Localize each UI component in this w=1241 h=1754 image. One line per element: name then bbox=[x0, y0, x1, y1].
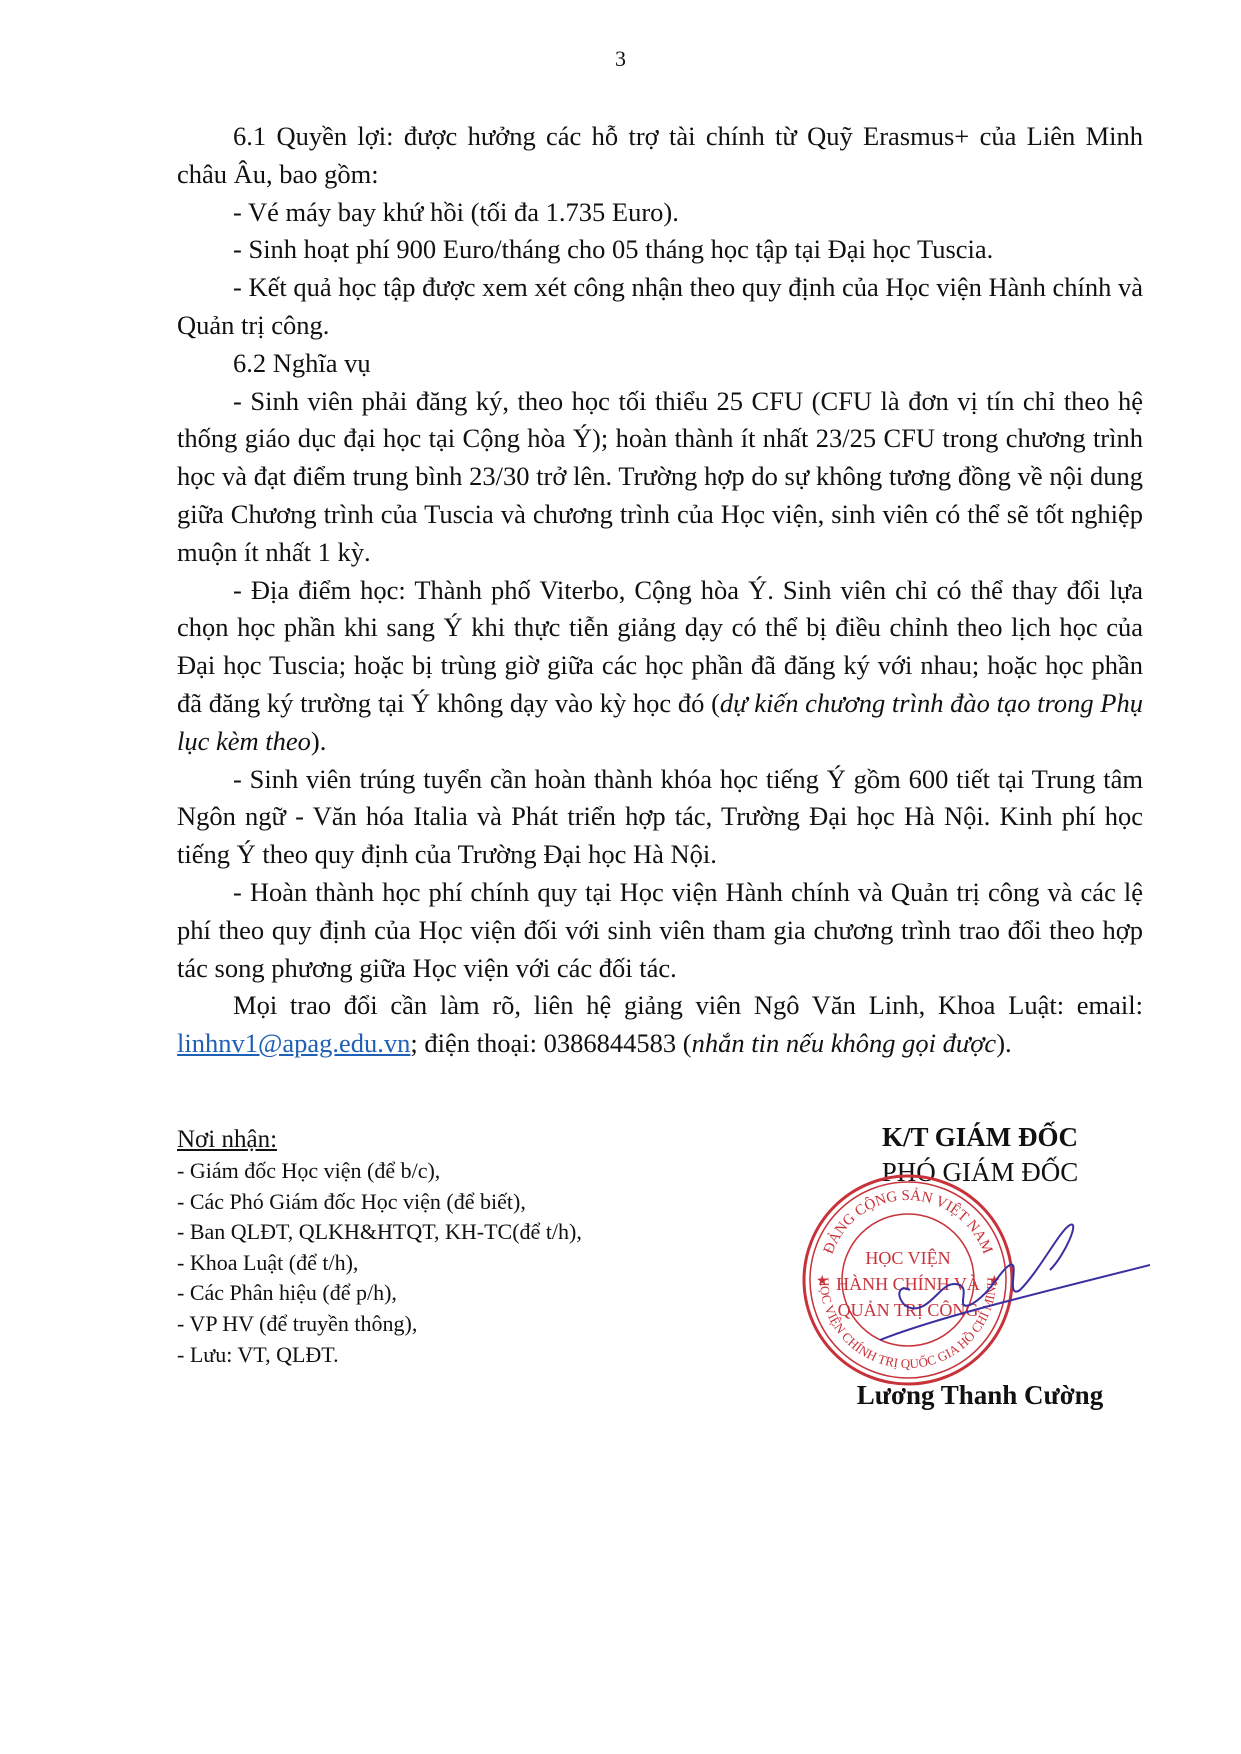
contact-paragraph: Mọi trao đổi cần làm rõ, liên hệ giảng v… bbox=[177, 987, 1143, 1063]
contact-note: nhắn tin nếu không gọi được bbox=[692, 1028, 997, 1058]
svg-text:★: ★ bbox=[816, 1274, 829, 1289]
benefit-item: - Vé máy bay khứ hồi (tối đa 1.735 Euro)… bbox=[177, 194, 1143, 232]
section-6-1-intro: 6.1 Quyền lợi: được hưởng các hỗ trợ tài… bbox=[177, 118, 1143, 194]
section-6-2-heading: 6.2 Nghĩa vụ bbox=[177, 345, 1143, 383]
document-body: 6.1 Quyền lợi: được hưởng các hỗ trợ tài… bbox=[177, 118, 1143, 1063]
recipients-block: Nơi nhận: - Giám đốc Học viện (để b/c), … bbox=[177, 1124, 582, 1370]
page-number: 3 bbox=[0, 46, 1241, 72]
obligation-item: - Hoàn thành học phí chính quy tại Học v… bbox=[177, 874, 1143, 987]
recipient-item: - Các Phó Giám đốc Học viện (để biết), bbox=[177, 1187, 582, 1218]
obligation-item: - Địa điểm học: Thành phố Viterbo, Cộng … bbox=[177, 572, 1143, 761]
obligation-item: - Sinh viên phải đăng ký, theo học tối t… bbox=[177, 383, 1143, 572]
contact-text: Mọi trao đổi cần làm rõ, liên hệ giảng v… bbox=[233, 990, 1143, 1020]
recipient-item: - Giám đốc Học viện (để b/c), bbox=[177, 1156, 582, 1187]
signer-name: Lương Thanh Cường bbox=[830, 1380, 1130, 1411]
benefit-item: - Sinh hoạt phí 900 Euro/tháng cho 05 th… bbox=[177, 231, 1143, 269]
recipient-item: - Các Phân hiệu (để p/h), bbox=[177, 1278, 582, 1309]
signer-title: K/T GIÁM ĐỐC bbox=[830, 1120, 1130, 1155]
recipients-title: Nơi nhận: bbox=[177, 1124, 582, 1156]
benefit-item: - Kết quả học tập được xem xét công nhận… bbox=[177, 269, 1143, 345]
obligation-text-end: ). bbox=[311, 726, 326, 756]
recipient-item: - Ban QLĐT, QLKH&HTQT, KH-TC(để t/h), bbox=[177, 1217, 582, 1248]
obligation-item: - Sinh viên trúng tuyển cần hoàn thành k… bbox=[177, 761, 1143, 874]
email-link[interactable]: linhnv1@apag.edu.vn bbox=[177, 1028, 410, 1058]
handwritten-signature-icon bbox=[870, 1210, 1150, 1350]
recipient-item: - Lưu: VT, QLĐT. bbox=[177, 1340, 582, 1371]
phone-text: ; điện thoại: 0386844583 ( bbox=[410, 1028, 691, 1058]
recipient-item: - Khoa Luật (để t/h), bbox=[177, 1248, 582, 1279]
contact-end: ). bbox=[996, 1028, 1011, 1058]
recipient-item: - VP HV (để truyền thông), bbox=[177, 1309, 582, 1340]
